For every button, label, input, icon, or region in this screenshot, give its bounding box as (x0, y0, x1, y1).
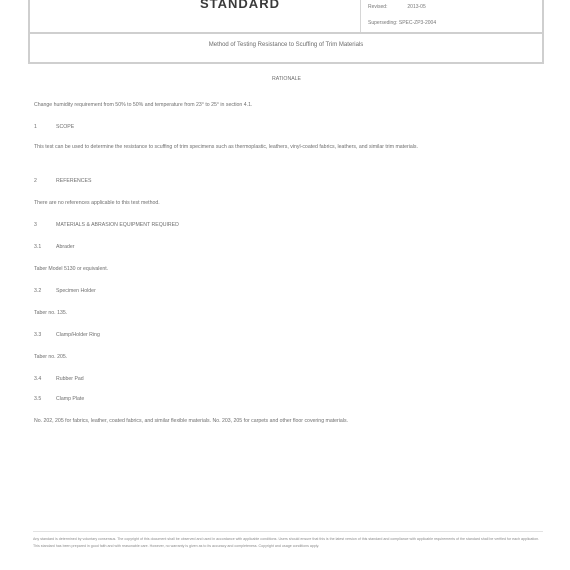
section-number: 3 (34, 222, 56, 229)
standard-label: STANDARD (200, 0, 280, 11)
abrader-text: Taber Model 5130 or equivalent. (34, 266, 539, 273)
header-left-cell: STANDARD (30, 0, 361, 32)
section-1-heading: 1SCOPE (34, 124, 539, 131)
document-title: Method of Testing Resistance to Scuffing… (30, 42, 542, 48)
meta-key: Revised: (368, 4, 406, 10)
meta-revised: Revised: 2013-05 (368, 4, 426, 10)
meta-key: Superseding: (368, 20, 397, 26)
section-number: 1 (34, 124, 56, 131)
section-title: Clamp Plate (56, 396, 84, 402)
section-3-5-heading: 3.5Clamp Plate (34, 396, 539, 403)
section-number: 3.5 (34, 396, 56, 403)
section-title: Clamp/Holder Ring (56, 332, 100, 338)
header-box: STANDARD Revised: 2013-05 Superseding: S… (28, 0, 544, 64)
section-title: Abrader (56, 244, 74, 250)
rationale-text: Change humidity requirement from 50% to … (34, 102, 539, 109)
section-number: 2 (34, 178, 56, 185)
section-title: MATERIALS & ABRASION EQUIPMENT REQUIRED (56, 222, 179, 228)
section-number: 3.3 (34, 332, 56, 339)
section-number: 3.1 (34, 244, 56, 251)
section-title: SCOPE (56, 124, 74, 130)
section-number: 3.4 (34, 376, 56, 383)
section-number: 3.2 (34, 288, 56, 295)
footer-line: Any standard is determined by voluntary … (33, 537, 543, 542)
header-row: STANDARD Revised: 2013-05 Superseding: S… (30, 0, 542, 34)
section-3-4-heading: 3.4Rubber Pad (34, 376, 539, 383)
meta-value: SPEC-ZP3-2004 (399, 20, 436, 26)
footer-disclaimer: Any standard is determined by voluntary … (33, 531, 543, 549)
meta-value: 2013-05 (407, 4, 425, 10)
section-title: REFERENCES (56, 178, 91, 184)
clamp-plate-text: No. 202, 205 for fabrics, leather, coate… (34, 418, 539, 425)
section-3-3-heading: 3.3Clamp/Holder Ring (34, 332, 539, 339)
scope-text: This test can be used to determine the r… (34, 144, 539, 151)
references-text: There are no references applicable to th… (34, 200, 539, 207)
footer-line: This standard has been prepared in good … (33, 544, 543, 549)
section-title: Specimen Holder (56, 288, 96, 294)
specimen-holder-text: Taber no. 135. (34, 310, 539, 317)
section-title: Rubber Pad (56, 376, 84, 382)
section-3-2-heading: 3.2Specimen Holder (34, 288, 539, 295)
section-3-heading: 3MATERIALS & ABRASION EQUIPMENT REQUIRED (34, 222, 539, 229)
clamp-ring-text: Taber no. 205. (34, 354, 539, 361)
section-2-heading: 2REFERENCES (34, 178, 539, 185)
section-3-1-heading: 3.1Abrader (34, 244, 539, 251)
section-heading: RATIONALE (34, 76, 539, 83)
meta-superseding: Superseding: SPEC-ZP3-2004 (368, 20, 436, 26)
